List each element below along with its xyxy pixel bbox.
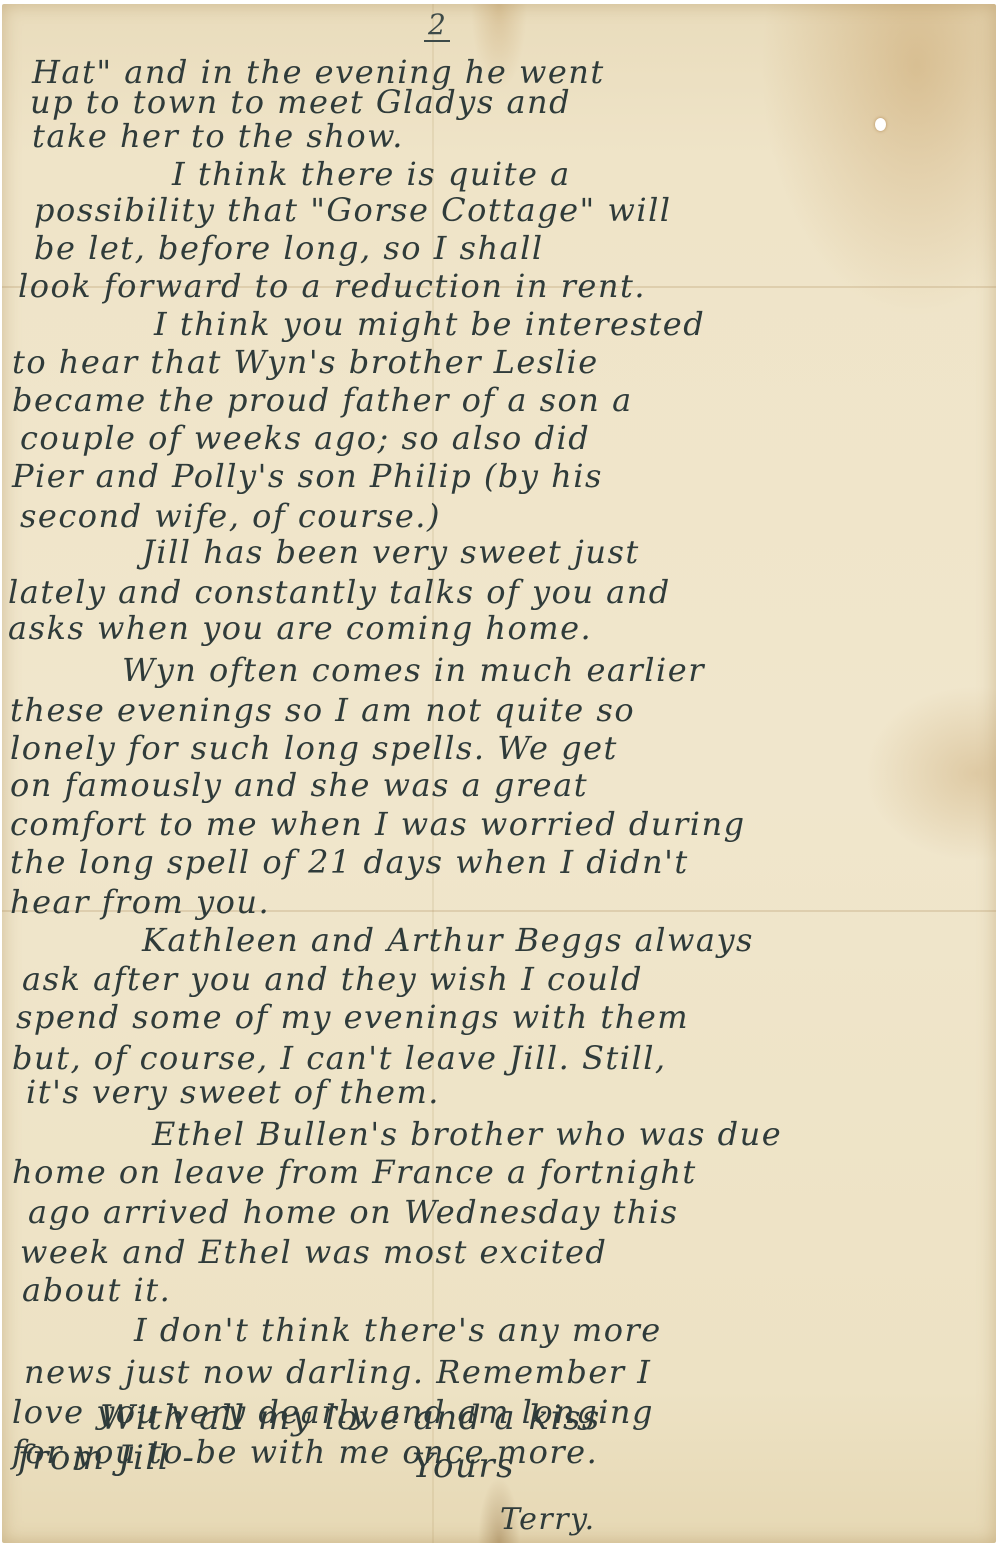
letter-line: it's very sweet of them. (26, 1072, 440, 1112)
letter-line: I think you might be interested (154, 304, 705, 344)
letter-line-closing: With all my love and a kiss (100, 1398, 601, 1438)
letter-line: lately and constantly talks of you and (8, 572, 671, 612)
letter-line: comfort to me when I was worried during (10, 804, 746, 844)
letter-line: take her to the show. (32, 116, 404, 156)
letter-line: couple of weeks ago; so also did (20, 418, 590, 458)
letter-line: home on leave from France a fortnight (12, 1152, 697, 1192)
paper-hole (875, 118, 886, 131)
letter-line: became the proud father of a son a (12, 380, 633, 420)
letter-line: to hear that Wyn's brother Leslie (12, 342, 599, 382)
letter-line: second wife, of course.) (20, 496, 441, 536)
letter-line: asks when you are coming home. (8, 608, 592, 648)
letter-line: ask after you and they wish I could (22, 959, 643, 999)
letter-line: Kathleen and Arthur Beggs always (142, 920, 754, 960)
letter-line: possibility that "Gorse Cottage" will (34, 190, 672, 230)
letter-line: the long spell of 21 days when I didn't (10, 842, 689, 882)
letter-line: week and Ethel was most excited (20, 1232, 607, 1272)
letter-line: these evenings so I am not quite so (10, 690, 635, 730)
letter-page: 2 Hat" and in the evening he went up to … (2, 4, 996, 1543)
page-number: 2 (424, 10, 450, 42)
letter-line: Jill has been very sweet just (142, 532, 640, 572)
letter-line: hear from you. (10, 882, 270, 922)
valediction: Yours (412, 1446, 515, 1486)
letter-line: lonely for such long spells. We get (10, 728, 618, 768)
letter-line: news just now darling. Remember I (24, 1352, 651, 1392)
letter-line: look forward to a reduction in rent. (18, 266, 646, 306)
signature: Terry. (500, 1500, 596, 1540)
letter-line: I think there is quite a (172, 154, 571, 194)
letter-line: about it. (22, 1270, 171, 1310)
letter-line: Pier and Polly's son Philip (by his (12, 456, 603, 496)
letter-line: be let, before long, so I shall (34, 228, 544, 268)
letter-line: Ethel Bullen's brother who was due (152, 1114, 782, 1154)
letter-line: on famously and she was a great (10, 765, 588, 805)
letter-line: ago arrived home on Wednesday this (28, 1192, 679, 1232)
letter-line: Wyn often comes in much earlier (122, 650, 705, 690)
letter-line: I don't think there's any more (134, 1310, 662, 1350)
letter-line-from: from Jill - (18, 1438, 195, 1478)
letter-line: spend some of my evenings with them (16, 997, 689, 1037)
